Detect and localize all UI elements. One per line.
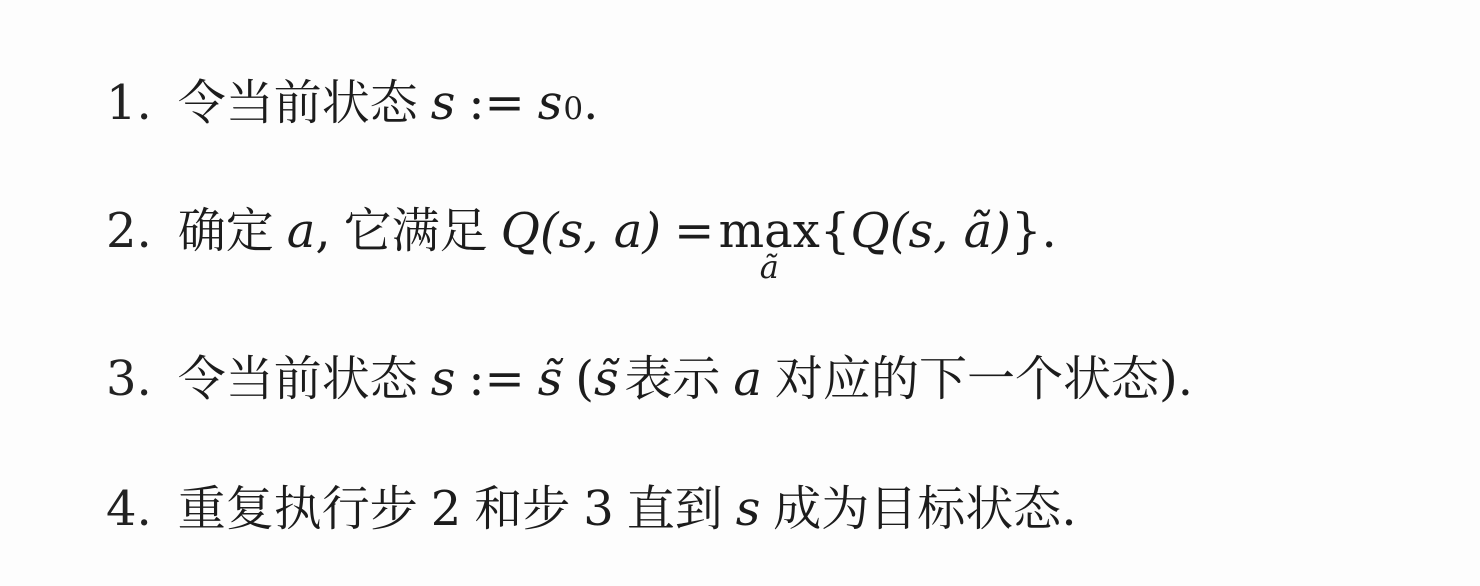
math-var-s-tilde: s̃ (594, 352, 619, 407)
cjk-text: 它满足 (344, 204, 488, 259)
subscript-zero: 0 (563, 91, 583, 127)
item-number: 3. (106, 352, 152, 407)
math-var-s: s (431, 352, 456, 407)
list-item-step-3: 3. 令当前状态 s := s̃ ( s̃ 表示 a 对应的下一个状态 ) . (106, 352, 1193, 407)
item-number: 2. (106, 204, 152, 259)
list-item-step-4: 4. 重复执行步 2 和步 3 直到 s 成为目标状态 . (106, 482, 1077, 537)
period: . (1042, 204, 1057, 259)
item-content: 确定 a , 它满足 Q(s, a) = max ã { Q(s, ã) } . (178, 204, 1057, 259)
list-item-step-1: 1. 令当前状态 s := s 0 . (106, 76, 598, 131)
period: . (1178, 352, 1193, 407)
cjk-text: 令当前状态 (178, 76, 418, 131)
math-var-a: a (287, 204, 316, 259)
cjk-text: 确定 (178, 204, 274, 259)
cjk-text: 重复执行步 (178, 482, 418, 537)
math-expr-lhs: Q(s, a) (501, 204, 662, 259)
assign-operator: := (468, 76, 524, 131)
cjk-text: 表示 (624, 352, 720, 407)
comma: , (315, 204, 330, 259)
paren-open: ( (575, 352, 594, 407)
paren-close: ) (1159, 352, 1178, 407)
cjk-text: 对应的下一个状态 (775, 352, 1159, 407)
math-expr-rhs: Q(s, ã) (850, 204, 1011, 259)
assign-operator: := (468, 352, 524, 407)
math-var-s-tilde: s̃ (538, 352, 563, 407)
item-content: 令当前状态 s := s̃ ( s̃ 表示 a 对应的下一个状态 ) . (178, 352, 1193, 407)
period: . (1061, 482, 1076, 537)
cjk-text: 和步 (474, 482, 570, 537)
math-var-s: s (431, 76, 456, 131)
math-var-s: s (736, 482, 761, 537)
max-operator: max ã (719, 204, 820, 259)
equals-sign: = (674, 204, 714, 259)
math-var-s0: s (538, 76, 563, 131)
list-item-step-2: 2. 确定 a , 它满足 Q(s, a) = max ã { Q(s, ã) … (106, 204, 1057, 259)
step-number-2: 2 (431, 482, 462, 537)
math-var-a: a (733, 352, 762, 407)
step-number-3: 3 (583, 482, 614, 537)
item-content: 重复执行步 2 和步 3 直到 s 成为目标状态 . (178, 482, 1077, 537)
item-number: 4. (106, 482, 152, 537)
brace-open: { (820, 204, 851, 259)
item-content: 令当前状态 s := s 0 . (178, 76, 599, 131)
cjk-text: 成为目标状态 (773, 482, 1061, 537)
brace-close: } (1011, 204, 1042, 259)
item-number: 1. (106, 76, 152, 131)
cjk-text: 直到 (627, 482, 723, 537)
document-page: 1. 令当前状态 s := s 0 . 2. 确定 a , 它满足 Q(s, a… (0, 0, 1480, 586)
period: . (583, 76, 598, 131)
max-subscript-a-tilde: ã (760, 251, 779, 283)
cjk-text: 令当前状态 (178, 352, 418, 407)
